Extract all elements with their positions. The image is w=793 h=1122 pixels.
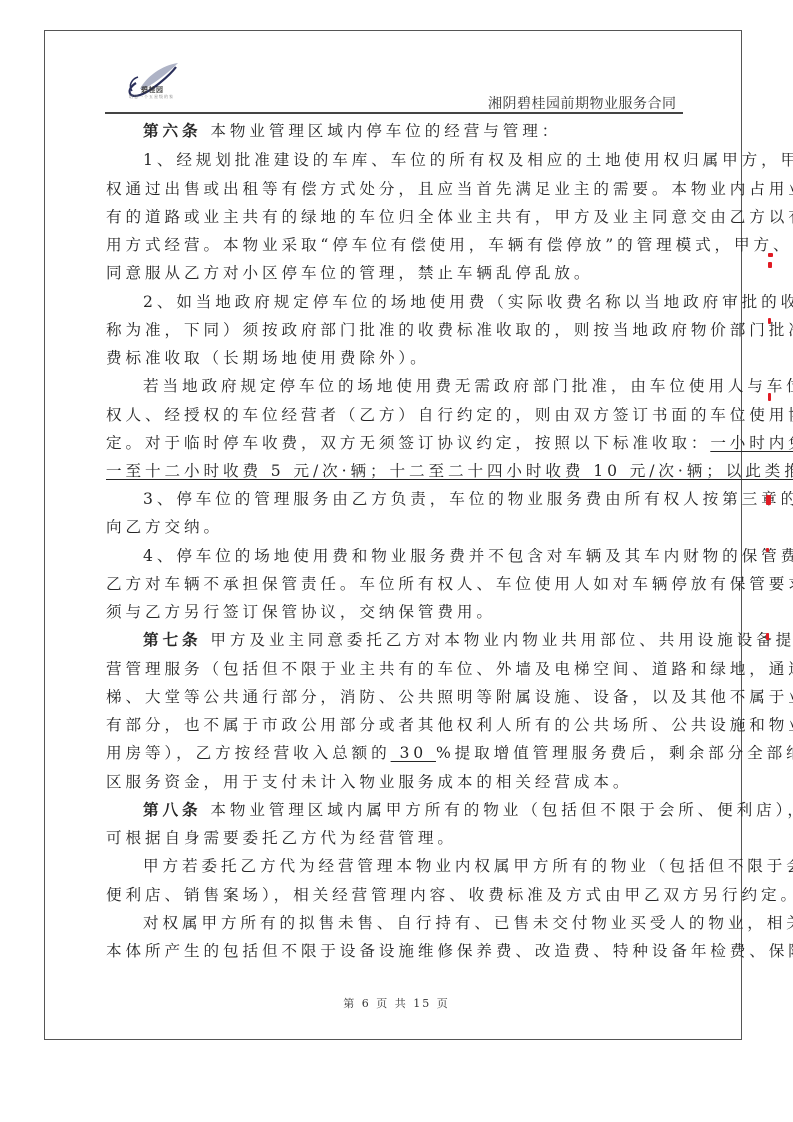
article-heading: 第六条 <box>143 121 201 140</box>
text-line: 可根据自身需要委托乙方代为经营管理。 <box>106 828 457 848</box>
filled-blank: 30 <box>391 744 436 762</box>
text-line: 本体所产生的包括但不限于设备设施维修保养费、改造费、特种设备年检费、保险费、 <box>106 941 793 961</box>
stamp-mark <box>768 262 772 268</box>
text-span: 可根据自身需要委托乙方代为经营管理。 <box>106 829 457 847</box>
text-line: 便利店、销售案场），相关经营管理内容、收费标准及方式由甲乙双方另行约定。 <box>106 885 793 905</box>
document-title: 湘阴碧桂园前期物业服务合同 <box>488 93 677 113</box>
text-span: 4、停车位的场地使用费和物业服务费并不包含对车辆及其车内财物的保管费用， <box>143 547 793 565</box>
text-span: 费标准收取（长期场地使用费除外）。 <box>106 349 430 367</box>
text-span: 用房等），乙方按经营收入总额的 <box>106 744 391 762</box>
text-span: 3、停车位的管理服务由乙方负责，车位的物业服务费由所有权人按第三章的约定 <box>143 490 793 508</box>
page-number: 第 6 页 共 15 页 <box>0 995 793 1011</box>
text-span: 定。对于临时停车收费，双方无须签订协议约定，按照以下标准收取： <box>106 434 710 452</box>
text-span: 1、经规划批准建设的车库、车位的所有权及相应的土地使用权归属甲方，甲方有 <box>143 151 793 169</box>
text-line: 同意服从乙方对小区停车位的管理，禁止车辆乱停乱放。 <box>106 263 593 283</box>
text-span: 营管理服务（包括但不限于业主共有的车位、外墙及电梯空间、道路和绿地，通道、楼 <box>106 660 793 678</box>
text-span: 权人、经授权的车位经营者（乙方）自行约定的，则由双方签订书面的车位使用协议约 <box>106 406 793 424</box>
stamp-mark <box>768 318 771 324</box>
article-heading: 第七条 <box>143 630 201 649</box>
text-span: 区服务资金，用于支付未计入物业服务成本的相关经营成本。 <box>106 773 632 791</box>
text-span: 称为准，下同）须按政府部门批准的收费标准收取的，则按当地政府物价部门批准的收 <box>106 321 793 339</box>
text-line: 定。对于临时停车收费，双方无须签订协议约定，按照以下标准收取：一小时内免费， <box>106 433 793 453</box>
text-line: 梯、大堂等公共通行部分，消防、公共照明等附属设施、设备，以及其他不属于业主专 <box>106 687 793 707</box>
text-line: 区服务资金，用于支付未计入物业服务成本的相关经营成本。 <box>106 772 632 792</box>
text-span: 有的道路或业主共有的绿地的车位归全体业主共有，甲方及业主同意交由乙方以有偿使 <box>106 208 793 226</box>
text-span: 有部分，也不属于市政公用部分或者其他权利人所有的公共场所、公共设施和物业服务 <box>106 716 793 734</box>
text-span: 本物业管理区域内停车位的经营与管理： <box>201 122 561 140</box>
text-span: 若当地政府规定停车位的场地使用费无需政府部门批准，由车位使用人与车位所有 <box>143 377 793 395</box>
text-line: 3、停车位的管理服务由乙方负责，车位的物业服务费由所有权人按第三章的约定 <box>143 489 793 509</box>
text-span: %提取增值管理服务费后，剩余部分全部纳入园 <box>436 744 793 762</box>
text-span: 向乙方交纳。 <box>106 518 223 536</box>
text-line: 甲方若委托乙方代为经营管理本物业内权属甲方所有的物业（包括但不限于会所、 <box>143 856 793 876</box>
text-line: 4、停车位的场地使用费和物业服务费并不包含对车辆及其车内财物的保管费用， <box>143 546 793 566</box>
text-line: 用方式经营。本物业采取“停车位有偿使用，车辆有偿停放”的管理模式，甲方、业主 <box>106 235 793 255</box>
stamp-mark <box>766 633 769 640</box>
stamp-mark <box>768 393 771 401</box>
text-span: 须与乙方另行签订保管协议，交纳保管费用。 <box>106 603 496 621</box>
text-line: 费标准收取（长期场地使用费除外）。 <box>106 348 430 368</box>
text-span: 对权属甲方所有的拟售未售、自行持有、已售未交付物业买受人的物业，相关物业 <box>143 914 793 932</box>
text-line: 若当地政府规定停车位的场地使用费无需政府部门批准，由车位使用人与车位所有 <box>143 376 793 396</box>
text-span: 便利店、销售案场），相关经营管理内容、收费标准及方式由甲乙双方另行约定。 <box>106 886 793 904</box>
text-span: 本体所产生的包括但不限于设备设施维修保养费、改造费、特种设备年检费、保险费、 <box>106 942 793 960</box>
text-line: 1、经规划批准建设的车库、车位的所有权及相应的土地使用权归属甲方，甲方有 <box>143 150 793 170</box>
text-line: 第八条 本物业管理区域内属甲方所有的物业（包括但不限于会所、便利店），甲方 <box>143 800 793 820</box>
filled-blank: 一小时内免费， <box>710 434 793 452</box>
text-line: 称为准，下同）须按政府部门批准的收费标准收取的，则按当地政府物价部门批准的收 <box>106 320 793 340</box>
text-line: 须与乙方另行签订保管协议，交纳保管费用。 <box>106 602 496 622</box>
text-line: 营管理服务（包括但不限于业主共有的车位、外墙及电梯空间、道路和绿地，通道、楼 <box>106 659 793 679</box>
text-line: 对权属甲方所有的拟售未售、自行持有、已售未交付物业买受人的物业，相关物业 <box>143 913 793 933</box>
text-span: 甲方及业主同意委托乙方对本物业内物业共用部位、共用设施设备提供经 <box>201 631 793 649</box>
text-line: 有的道路或业主共有的绿地的车位归全体业主共有，甲方及业主同意交由乙方以有偿使 <box>106 207 793 227</box>
header-divider <box>105 112 683 114</box>
text-line: 权通过出售或出租等有偿方式处分，且应当首先满足业主的需要。本物业内占用业主共 <box>106 179 793 199</box>
text-line: 有部分，也不属于市政公用部分或者其他权利人所有的公共场所、公共设施和物业服务 <box>106 715 793 735</box>
filled-blank: 一至十二小时收费 5 元/次·辆；十二至二十四小时收费 10 元/次·辆；以此类… <box>106 462 793 480</box>
text-span: 2、如当地政府规定停车位的场地使用费（实际收费名称以当地政府审批的收费名 <box>143 293 793 311</box>
text-span: 梯、大堂等公共通行部分，消防、公共照明等附属设施、设备，以及其他不属于业主专 <box>106 688 793 706</box>
text-span: 用方式经营。本物业采取“停车位有偿使用，车辆有偿停放”的管理模式，甲方、业主 <box>106 236 793 254</box>
text-line: 第六条 本物业管理区域内停车位的经营与管理： <box>143 121 561 141</box>
text-line: 权人、经授权的车位经营者（乙方）自行约定的，则由双方签订书面的车位使用协议约 <box>106 405 793 425</box>
stamp-mark <box>766 548 769 552</box>
text-span: 本物业管理区域内属甲方所有的物业（包括但不限于会所、便利店），甲方 <box>201 801 793 819</box>
text-line: 向乙方交纳。 <box>106 517 223 537</box>
logo-slogan: 给您一个五星级的家 <box>129 94 174 100</box>
stamp-mark <box>766 495 771 505</box>
text-span: 乙方对车辆不承担保管责任。车位所有权人、车位使用人如对车辆停放有保管要求的， <box>106 575 793 593</box>
article-heading: 第八条 <box>143 800 201 819</box>
text-line: 用房等），乙方按经营收入总额的 30 %提取增值管理服务费后，剩余部分全部纳入园 <box>106 743 793 763</box>
text-line: 第七条 甲方及业主同意委托乙方对本物业内物业共用部位、共用设施设备提供经 <box>143 630 793 650</box>
text-line: 乙方对车辆不承担保管责任。车位所有权人、车位使用人如对车辆停放有保管要求的， <box>106 574 793 594</box>
text-span: 甲方若委托乙方代为经营管理本物业内权属甲方所有的物业（包括但不限于会所、 <box>143 857 793 875</box>
text-line: 一至十二小时收费 5 元/次·辆；十二至二十四小时收费 10 元/次·辆；以此类… <box>106 461 793 481</box>
stamp-mark <box>768 253 773 257</box>
text-span: 同意服从乙方对小区停车位的管理，禁止车辆乱停乱放。 <box>106 264 593 282</box>
text-line: 2、如当地政府规定停车位的场地使用费（实际收费名称以当地政府审批的收费名 <box>143 292 793 312</box>
text-span: 权通过出售或出租等有偿方式处分，且应当首先满足业主的需要。本物业内占用业主共 <box>106 180 793 198</box>
